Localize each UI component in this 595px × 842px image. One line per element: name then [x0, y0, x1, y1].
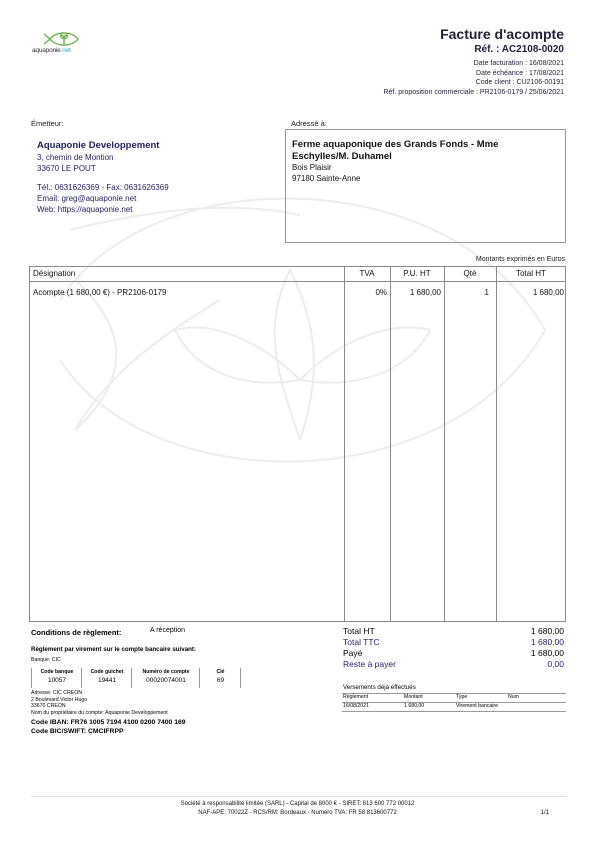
logo-name: aquaponie	[32, 47, 61, 54]
paid-value: 1 680,00	[531, 648, 564, 658]
payment-terms-label: Conditions de règlement:	[31, 628, 121, 637]
key-header: Clé	[200, 668, 241, 676]
header-total: Total HT	[496, 269, 566, 278]
remaining-row: Reste à payer 0,00	[343, 659, 564, 670]
row-unit-price: 1 680,00	[390, 288, 441, 297]
recipient-label: Adressé à:	[291, 119, 327, 128]
fish-logo-icon	[42, 30, 82, 48]
account-number-cell: Numéro de compte 00020074001	[131, 668, 200, 688]
currency-note: Montants exprimés en Euros	[476, 256, 565, 263]
footer-line2: NAF-APE: 70022Z - RCS/RM: Bordeaux - Num…	[0, 809, 595, 818]
iban-code: Code IBAN: FR76 1005 7194 4100 0200 7400…	[31, 719, 186, 728]
paid-row: Payé 1 680,00	[343, 648, 564, 659]
header-tva: TVA	[344, 269, 390, 278]
account-number-value: 00020074001	[132, 676, 200, 685]
total-ttc-value: 1 680,00	[531, 637, 564, 647]
remaining-label: Reste à payer	[343, 659, 396, 669]
recipient-name: Ferme aquaponique des Grands Fonds - Mme…	[292, 139, 532, 163]
branch-code-value: 19441	[82, 676, 132, 685]
bank-address: Adresse: CIC CREON 2 Boulevard Victor Hu…	[31, 690, 168, 716]
total-ttc-row: Total TTC 1 680,00	[343, 637, 564, 648]
client-code: Code client : CU2106-00191	[383, 78, 564, 88]
bank-address-line1: Adresse: CIC CREON	[31, 690, 168, 697]
row-tva: 0%	[344, 288, 387, 297]
invoice-date: Date facturation : 16/08/2021	[383, 59, 564, 69]
bank-address-line3: 33670 CREON	[31, 703, 168, 710]
payment-type: Virement bancaire	[456, 703, 498, 709]
bank-code-value: 10057	[32, 676, 82, 685]
payments-header-num: Num	[508, 694, 519, 700]
document-header: Facture d'acompte Réf. : AC2108-0020 Dat…	[383, 26, 564, 97]
logo-tld: .net	[61, 47, 71, 54]
document-title: Facture d'acompte	[383, 26, 564, 43]
branch-code-cell: Code guichet 19441	[81, 668, 132, 688]
total-ht-value: 1 680,00	[531, 626, 564, 636]
paid-label: Payé	[343, 648, 362, 658]
key-cell: Clé 69	[199, 668, 241, 688]
emitter-block: Aquaponie Developpement 3, chemin de Mon…	[37, 140, 169, 215]
payments-header-date: Règlement	[343, 694, 368, 700]
due-date: Date échéance : 17/08/2021	[383, 69, 564, 79]
items-table: Désignation TVA P.U. HT Qté Total HT Aco…	[29, 266, 566, 622]
total-ht-label: Total HT	[343, 626, 375, 636]
account-number-header: Numéro de compte	[132, 668, 200, 676]
iban-block: Code IBAN: FR76 1005 7194 4100 0200 7400…	[31, 719, 186, 736]
recipient-address-line2: 97180 Sainte-Anne	[292, 174, 565, 185]
footer-divider	[31, 796, 567, 797]
account-owner: Nom du propriétaire du compte: Aquaponie…	[31, 710, 168, 717]
total-ht-row: Total HT 1 680,00	[343, 626, 564, 637]
payments-title: Versements déjà effectués	[343, 684, 416, 691]
bank-transfer-title: Règlement par virement sur le compte ban…	[31, 646, 196, 653]
branch-code-header: Code guichet	[82, 668, 132, 676]
payment-amount: 1 680,00	[404, 703, 424, 709]
footer-legal: Société à responsabilité limitée (SARL) …	[0, 800, 595, 818]
payments-header-amount: Montant	[404, 694, 423, 700]
proposal-reference: Réf. proposition commerciale : PR2106-01…	[383, 88, 564, 98]
header-unit-price: P.U. HT	[390, 269, 444, 278]
emitter-name: Aquaponie Developpement	[37, 140, 169, 152]
bank-address-line2: 2 Boulevard Victor Hugo	[31, 697, 168, 704]
emitter-address-line2: 33670 LE POUT	[37, 163, 169, 174]
page-number: 1/1	[541, 810, 549, 816]
header-designation: Désignation	[33, 269, 75, 278]
emitter-address-line1: 3, chemin de Montion	[37, 152, 169, 163]
bank-code-header: Code banque	[32, 668, 82, 676]
recipient-box: Ferme aquaponique des Grands Fonds - Mme…	[285, 129, 566, 243]
row-total: 1 680,00	[496, 288, 564, 297]
emitter-phone-fax: Tél.: 0631626369 - Fax: 0631626369	[37, 182, 169, 193]
payment-terms-value: A réception	[150, 627, 185, 634]
recipient-address-line1: Bois Plaisir	[292, 163, 565, 174]
totals-block: Total HT 1 680,00 Total TTC 1 680,00 Pay…	[343, 626, 564, 670]
remaining-value: 0,00	[547, 659, 564, 669]
emitter-email: Email: greg@aquaponie.net	[37, 193, 169, 204]
company-logo: aquaponie.net	[30, 30, 90, 56]
emitter-label: Émetteur:	[31, 119, 64, 128]
payments-header-type: Type	[456, 694, 467, 700]
key-value: 69	[200, 676, 241, 685]
bic-code: Code BIC/SWIFT: CMCIFRPP	[31, 728, 186, 737]
row-designation: Acompte (1 680,00 €) - PR2106-0179	[33, 288, 166, 297]
bank-code-cell: Code banque 10057	[31, 668, 82, 688]
bank-name: Banque: CIC	[31, 657, 61, 663]
footer-line1: Société à responsabilité limitée (SARL) …	[0, 800, 595, 809]
document-reference: Réf. : AC2108-0020	[383, 43, 564, 56]
row-qty: 1	[444, 288, 489, 297]
total-ttc-label: Total TTC	[343, 637, 380, 647]
emitter-web: Web: https://aquaponie.net	[37, 204, 169, 215]
header-qty: Qté	[444, 269, 496, 278]
payment-date: 16/08/2021	[343, 703, 369, 709]
